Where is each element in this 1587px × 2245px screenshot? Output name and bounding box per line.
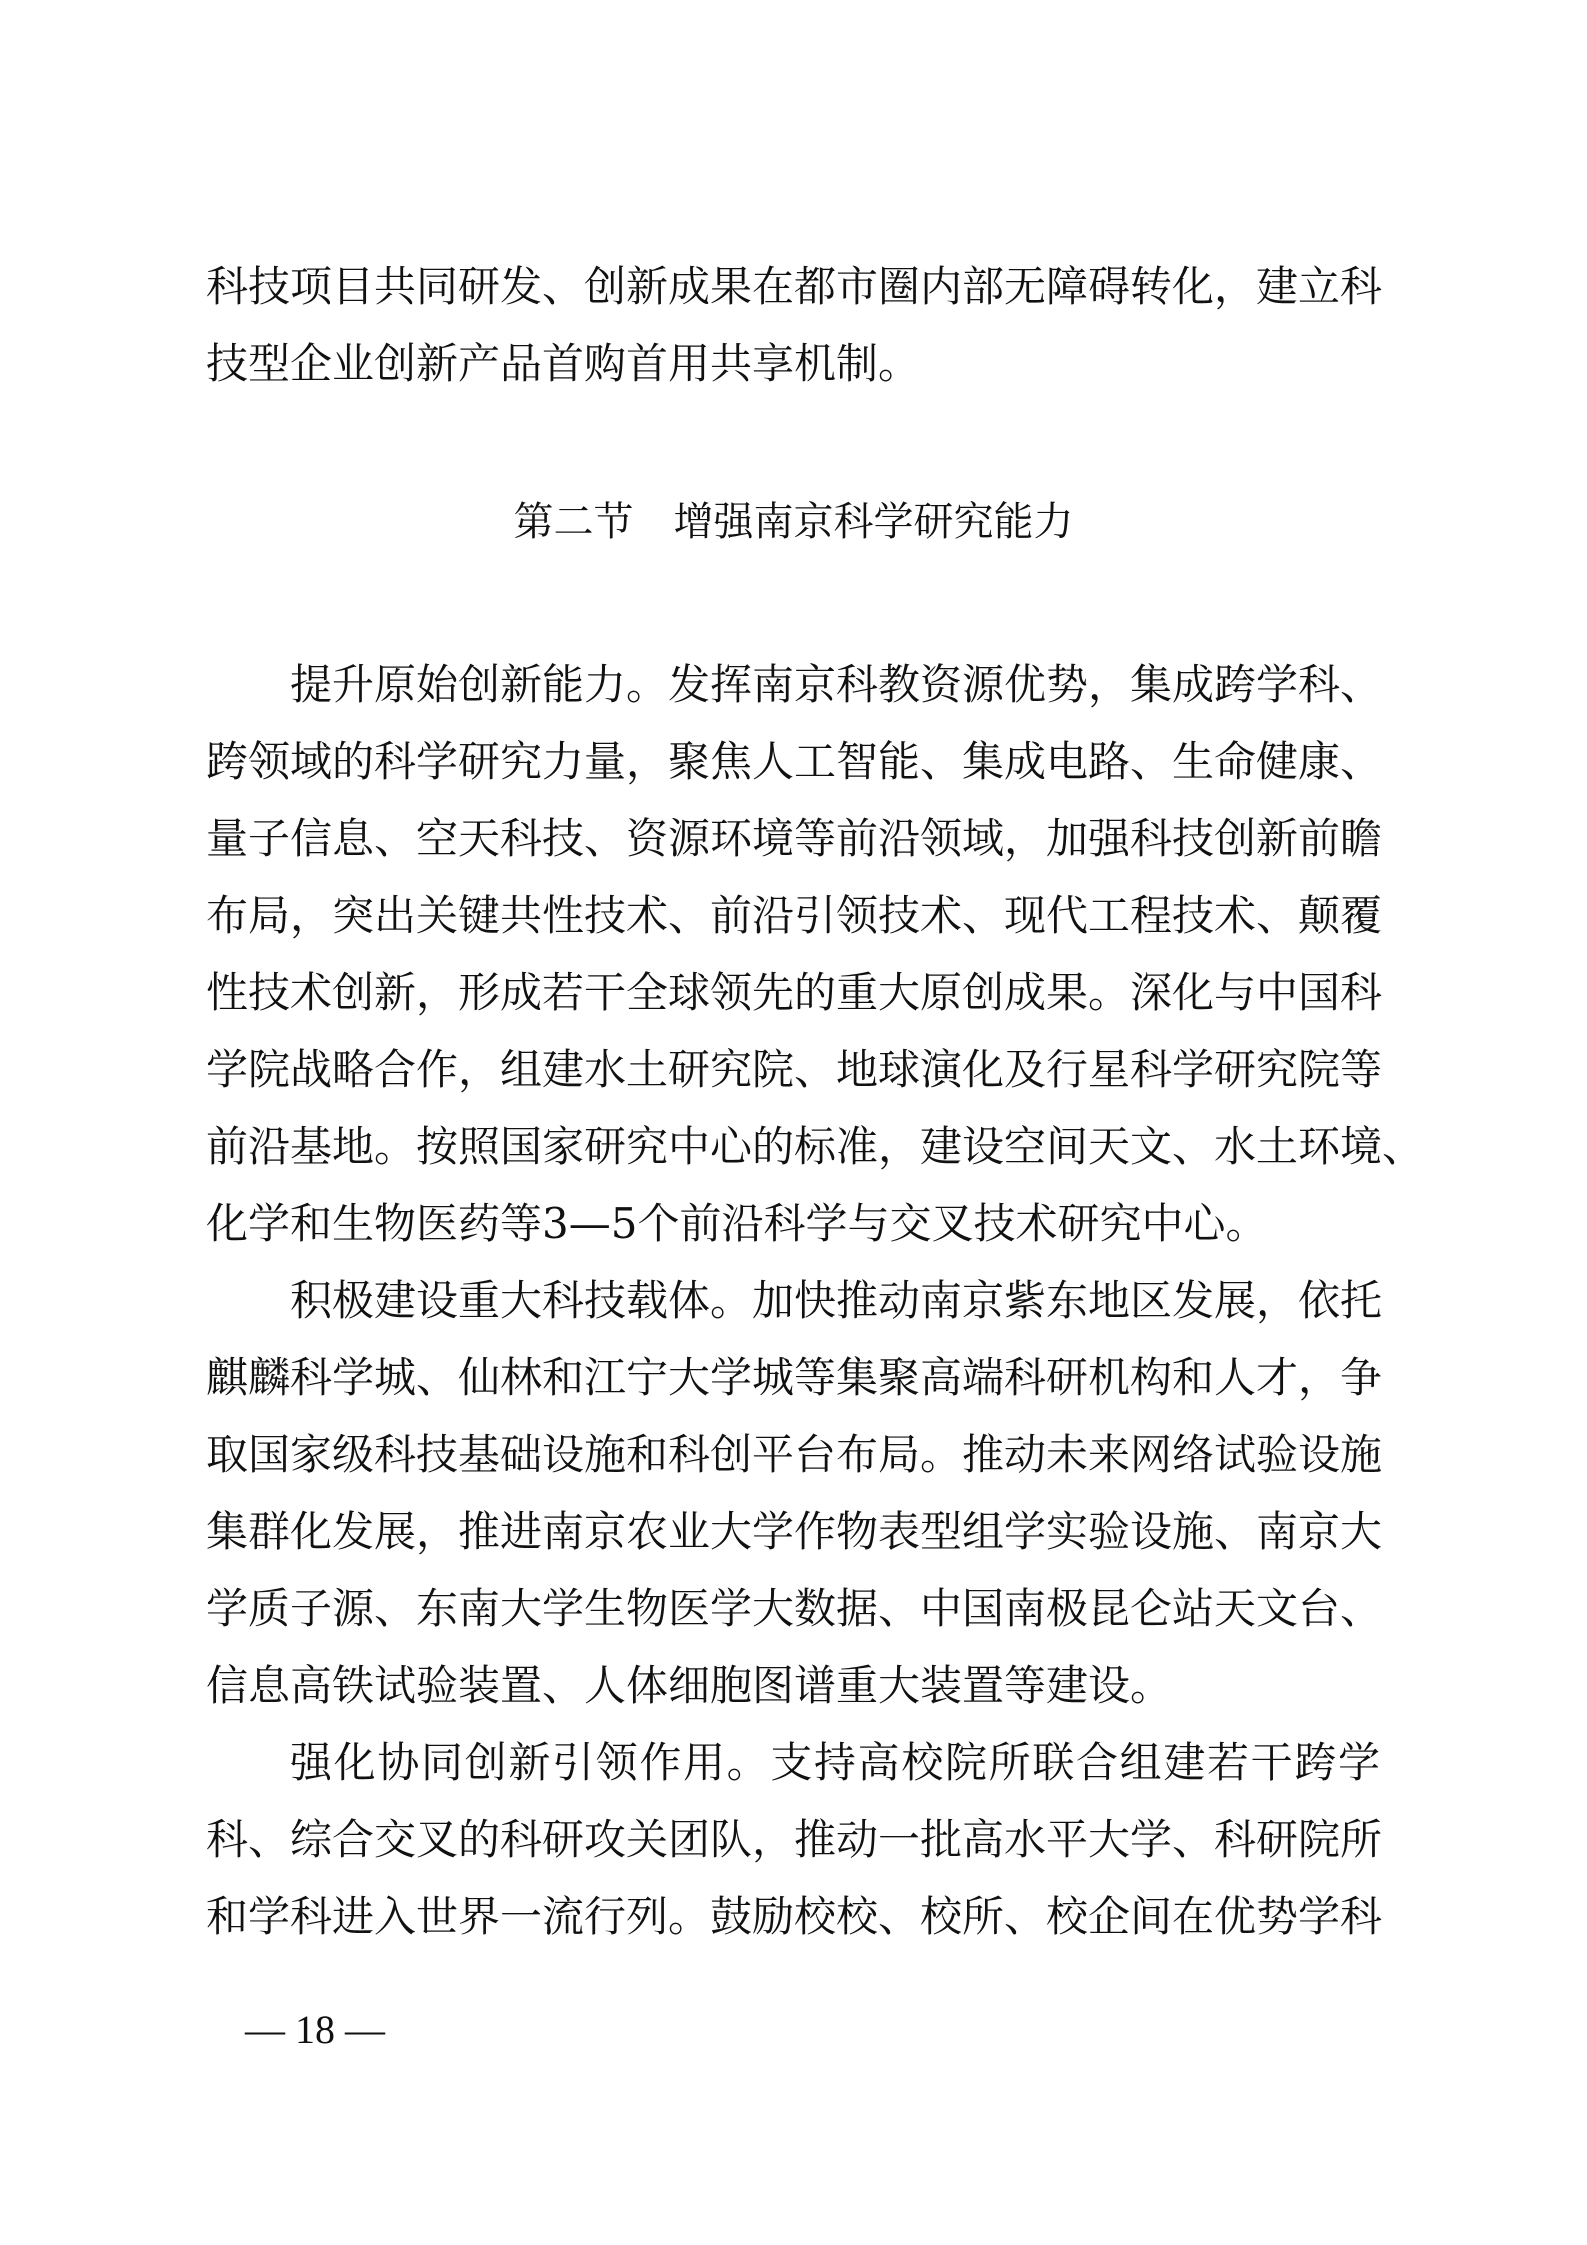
body-line: 学质子源、东南大学生物医学大数据、中国南极昆仑站天文台、	[206, 1579, 1380, 1639]
body-line: 提升原始创新能力。发挥南京科教资源优势，集成跨学科、	[290, 655, 1380, 715]
body-line: 学院战略合作，组建水土研究院、地球演化及行星科学研究院等	[206, 1040, 1380, 1100]
body-line: 和学科进入世界一流行列。鼓励校校、校所、校企间在优势学科	[206, 1887, 1380, 1947]
body-line: 强化协同创新引领作用。支持高校院所联合组建若干跨学	[290, 1733, 1380, 1793]
body-line: 取国家级科技基础设施和科创平台布局。推动未来网络试验设施	[206, 1425, 1380, 1485]
section-heading: 第二节 增强南京科学研究能力	[0, 492, 1587, 552]
page-number: — 18 —	[245, 2005, 385, 2055]
body-line: 积极建设重大科技载体。加快推动南京紫东地区发展，依托	[290, 1271, 1380, 1331]
body-line: 麒麟科学城、仙林和江宁大学城等集聚高端科研机构和人才，争	[206, 1348, 1380, 1408]
body-line: 科技项目共同研发、创新成果在都市圈内部无障碍转化，建立科	[206, 257, 1380, 317]
body-line: 前沿基地。按照国家研究中心的标准，建设空间天文、水土环境、	[206, 1117, 1380, 1177]
body-line: 性技术创新，形成若干全球领先的重大原创成果。深化与中国科	[206, 963, 1380, 1023]
document-page: 科技项目共同研发、创新成果在都市圈内部无障碍转化，建立科 技型企业创新产品首购首…	[0, 0, 1587, 2245]
body-line: 跨领域的科学研究力量，聚焦人工智能、集成电路、生命健康、	[206, 732, 1380, 792]
body-line: 技型企业创新产品首购首用共享机制。	[206, 334, 1380, 394]
body-line: 化学和生物医药等3—5个前沿科学与交叉技术研究中心。	[206, 1194, 1380, 1254]
body-line: 科、综合交叉的科研攻关团队，推动一批高水平大学、科研院所	[206, 1810, 1380, 1870]
body-line: 集群化发展，推进南京农业大学作物表型组学实验设施、南京大	[206, 1502, 1380, 1562]
body-line: 量子信息、空天科技、资源环境等前沿领域，加强科技创新前瞻	[206, 809, 1380, 869]
body-line: 布局，突出关键共性技术、前沿引领技术、现代工程技术、颠覆	[206, 886, 1380, 946]
body-line: 信息高铁试验装置、人体细胞图谱重大装置等建设。	[206, 1656, 1380, 1716]
